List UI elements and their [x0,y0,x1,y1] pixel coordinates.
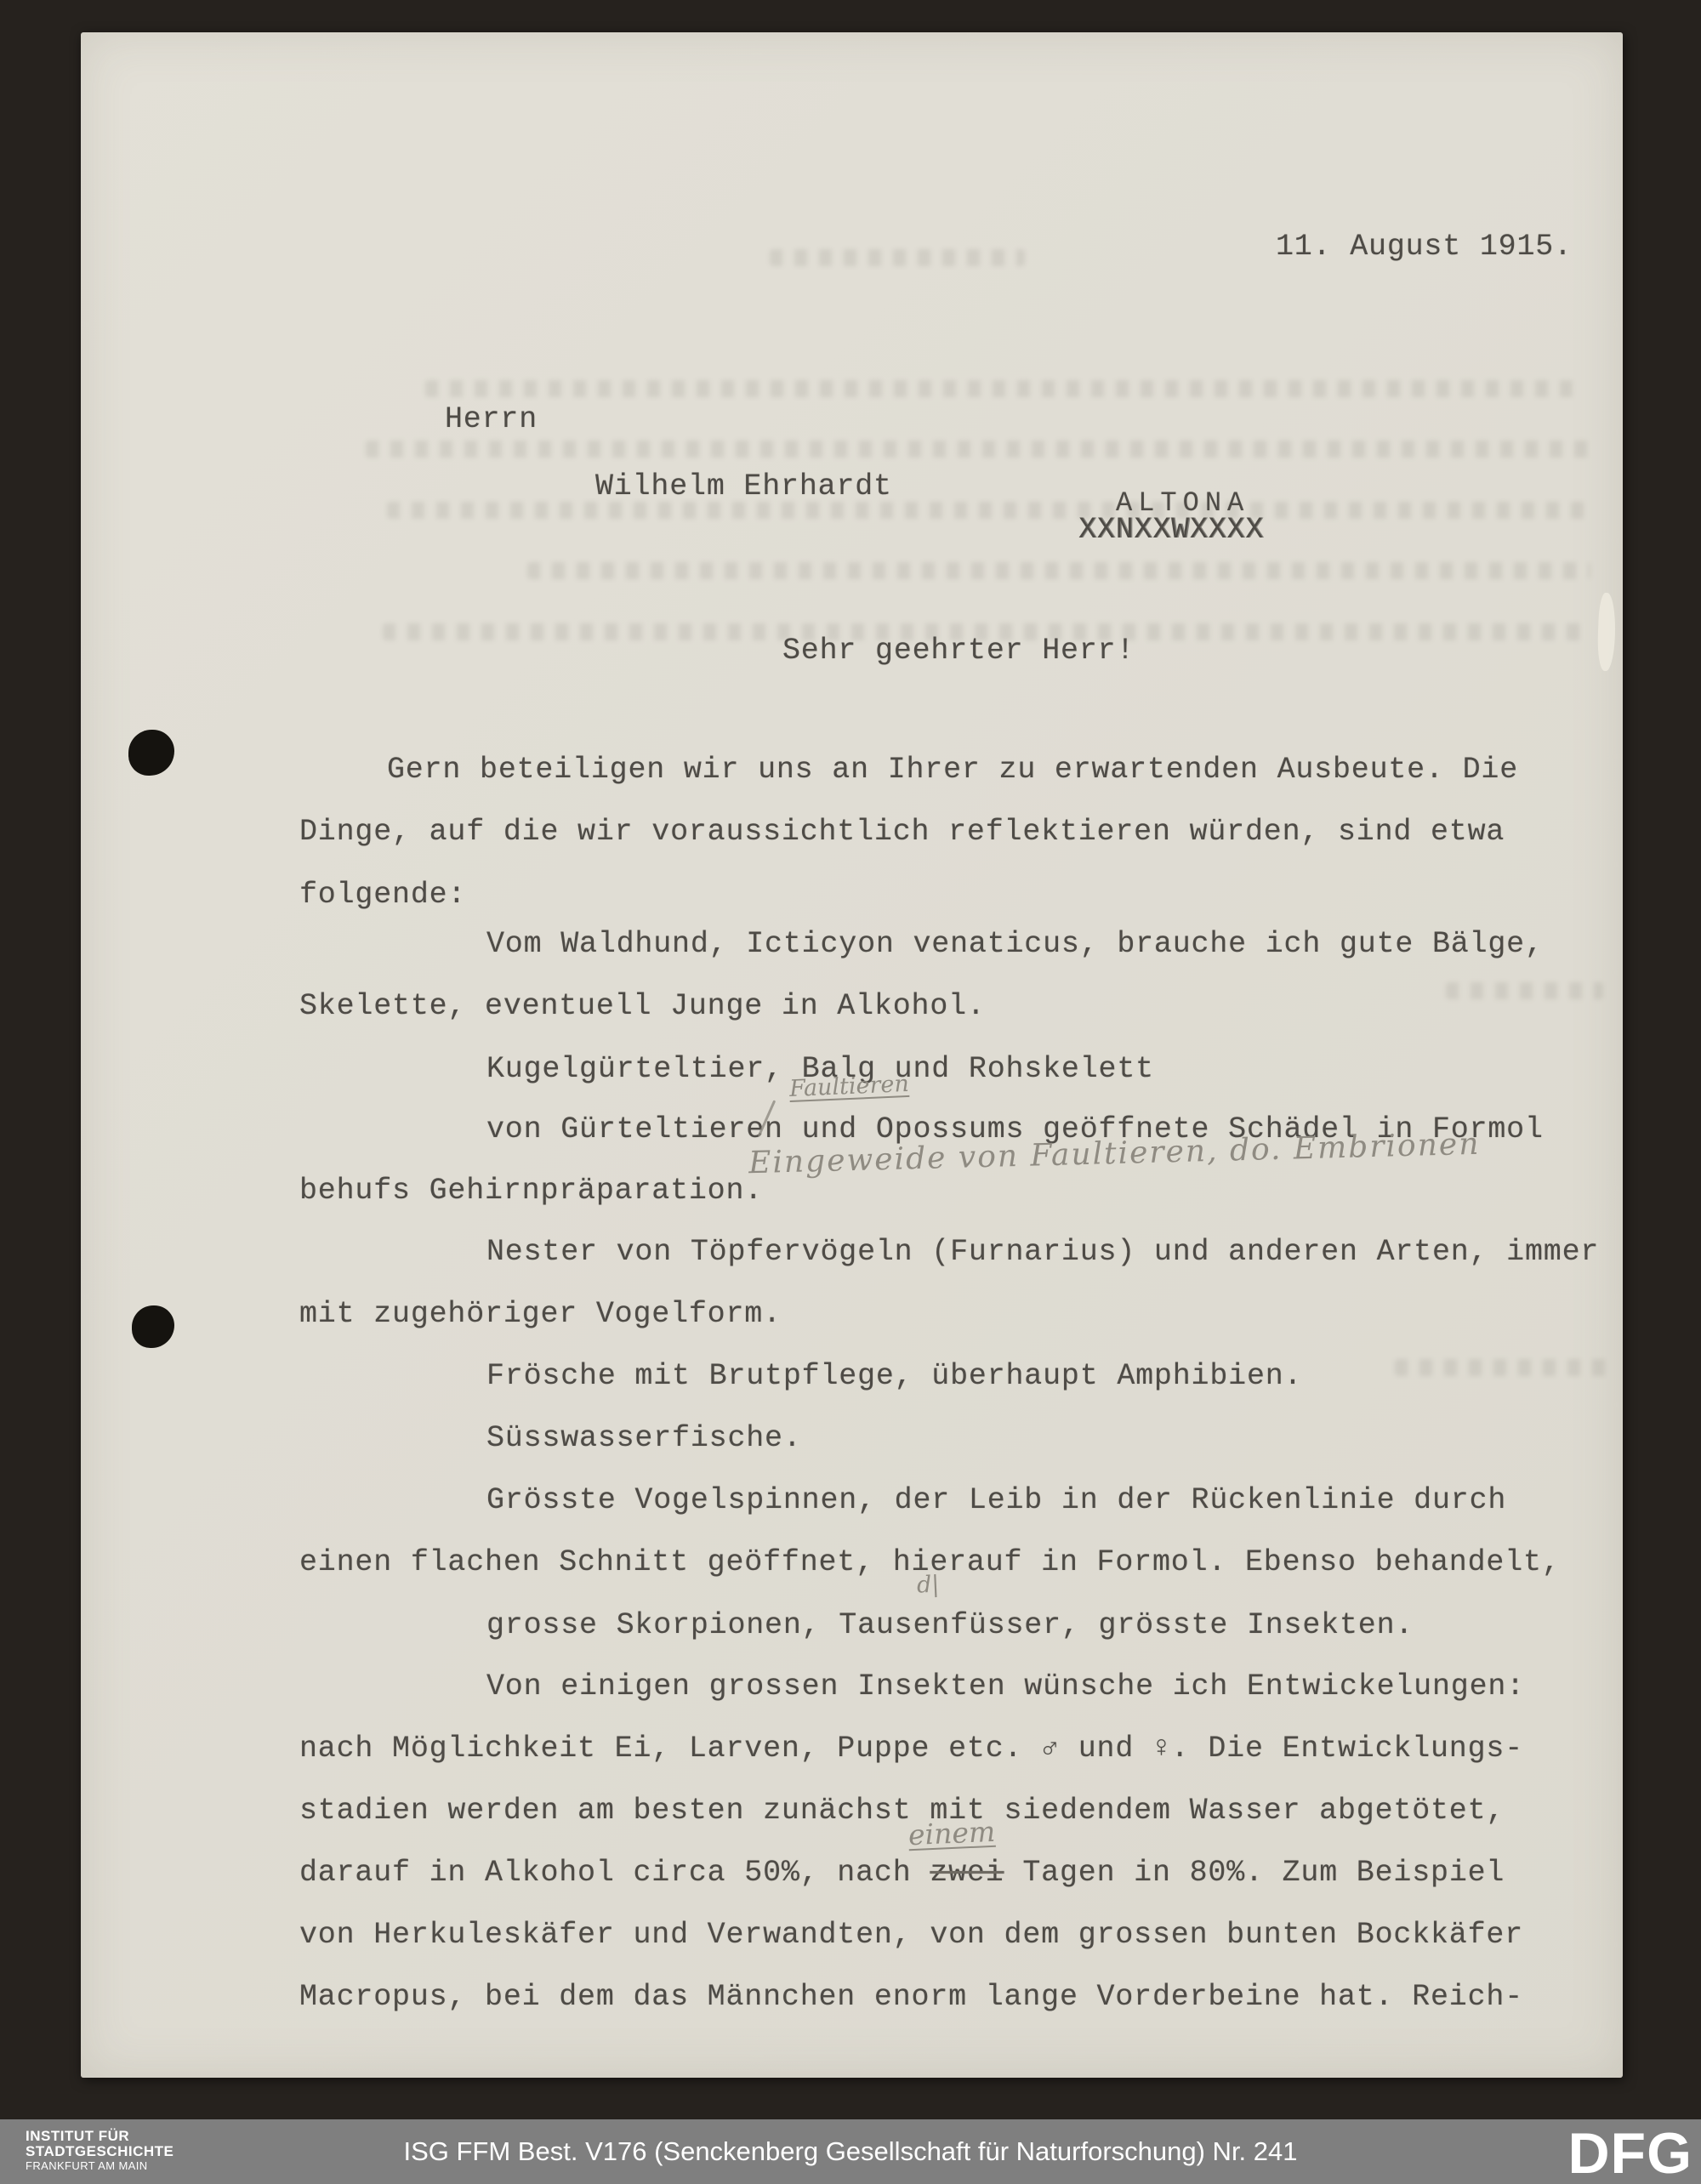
body-line: Gern beteiligen wir uns an Ihrer zu erwa… [387,753,1518,787]
body-line: von Herkuleskäfer und Verwandten, von de… [299,1918,1523,1952]
bleed-through-line [770,249,1025,266]
annotation-faultieren: Faultieren [788,1071,909,1102]
body-line: Grösste Vogelspinnen, der Leib in der Rü… [486,1483,1506,1517]
bleed-through-line [425,380,1582,397]
body-line: Süsswasserfische. [486,1421,802,1455]
bleed-through-line [366,441,1590,458]
correction-pre: darauf in Alkohol circa 50%, nach [299,1856,930,1890]
body-line: stadien werden am besten zunächst mit si… [299,1794,1505,1828]
body-line: Nester von Töpfervögeln (Furnarius) und … [486,1235,1599,1269]
recipient-herrn: Herrn [445,402,538,436]
body-line: Frösche mit Brutpflege, überhaupt Amphib… [486,1359,1302,1393]
body-line: nach Möglichkeit Ei, Larven, Puppe etc. … [299,1732,1523,1766]
body-line: behufs Gehirnpräparation. [299,1174,763,1208]
greeting: Sehr geehrter Herr! [782,634,1135,668]
crossed-out-word: zwei [930,1856,1004,1890]
body-line: Vom Waldhund, Icticyon venaticus, brauch… [486,927,1544,961]
archive-reference: ISG FFM Best. V176 (Senckenberg Gesellsc… [0,2119,1701,2184]
body-line: Skelette, eventuell Junge in Alkohol. [299,989,986,1023]
recipient-name: Wilhelm Ehrhardt [595,469,892,503]
body-line: Von einigen grossen Insekten wünsche ich… [486,1669,1525,1703]
bleed-through-line [527,562,1590,579]
annotation-einem: einem [907,1815,996,1851]
footer-bar: INSTITUT FÜR STADTGESCHICHTE FRANKFURT A… [0,2119,1701,2184]
body-line: grosse Skorpionen, Tausenfüsser, grösste… [486,1608,1414,1642]
bleed-through-line [1395,1359,1607,1376]
correction-post: Tagen in 80%. Zum Beispiel [1004,1856,1505,1890]
recipient-city-crossed-out: XXNXXWXXXX [1078,513,1264,547]
bleed-through-line [1446,982,1603,999]
body-line: folgende: [299,878,466,912]
body-line: Macropus, bei dem das Männchen enorm lan… [299,1980,1523,2014]
annotation-d-insert: d| [916,1571,940,1598]
body-line-with-correction: darauf in Alkohol circa 50%, nach zwei T… [299,1856,1505,1890]
body-line: mit zugehöriger Vogelform. [299,1297,782,1331]
bleed-through-line [387,502,1595,519]
dfg-logo: DFG [1567,2121,1692,2184]
letter-date: 11. August 1915. [1276,230,1573,264]
body-line: Dinge, auf die wir voraussichtlich refle… [299,815,1505,849]
